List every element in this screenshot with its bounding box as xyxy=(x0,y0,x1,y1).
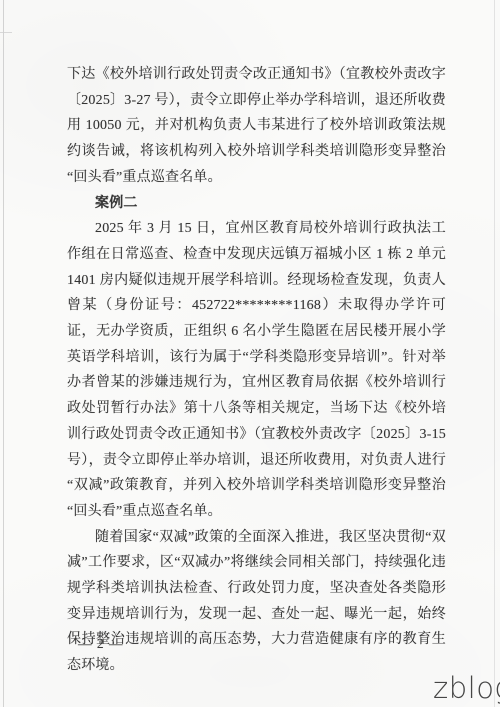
case-two-heading: 案例二 xyxy=(67,191,446,217)
paragraph-case-two-body: 2025 年 3 月 15 日，宜州区教育局校外培训行政执法工作组在日常巡查、检… xyxy=(67,216,446,524)
document-body: 下达《校外培训行政处罚责令改正通知书》（宜教校外责改字〔2025〕3-27 号）… xyxy=(67,62,446,679)
zblog-watermark: zblog xyxy=(433,674,500,703)
scan-artifact-mark xyxy=(0,32,12,33)
paragraph-closing: 随着国家“双减”政策的全面深入推进，我区坚决贯彻“双减”工作要求，区“双减办”将… xyxy=(67,525,446,679)
scan-edge-left xyxy=(3,0,4,707)
scanned-document-page: 下达《校外培训行政处罚责令改正通知书》（宜教校外责改字〔2025〕3-27 号）… xyxy=(0,0,500,707)
paragraph-continuation: 下达《校外培训行政处罚责令改正通知书》（宜教校外责改字〔2025〕3-27 号）… xyxy=(67,62,446,191)
scan-edge-right xyxy=(494,0,495,707)
page-number: — 2 — xyxy=(78,636,124,652)
